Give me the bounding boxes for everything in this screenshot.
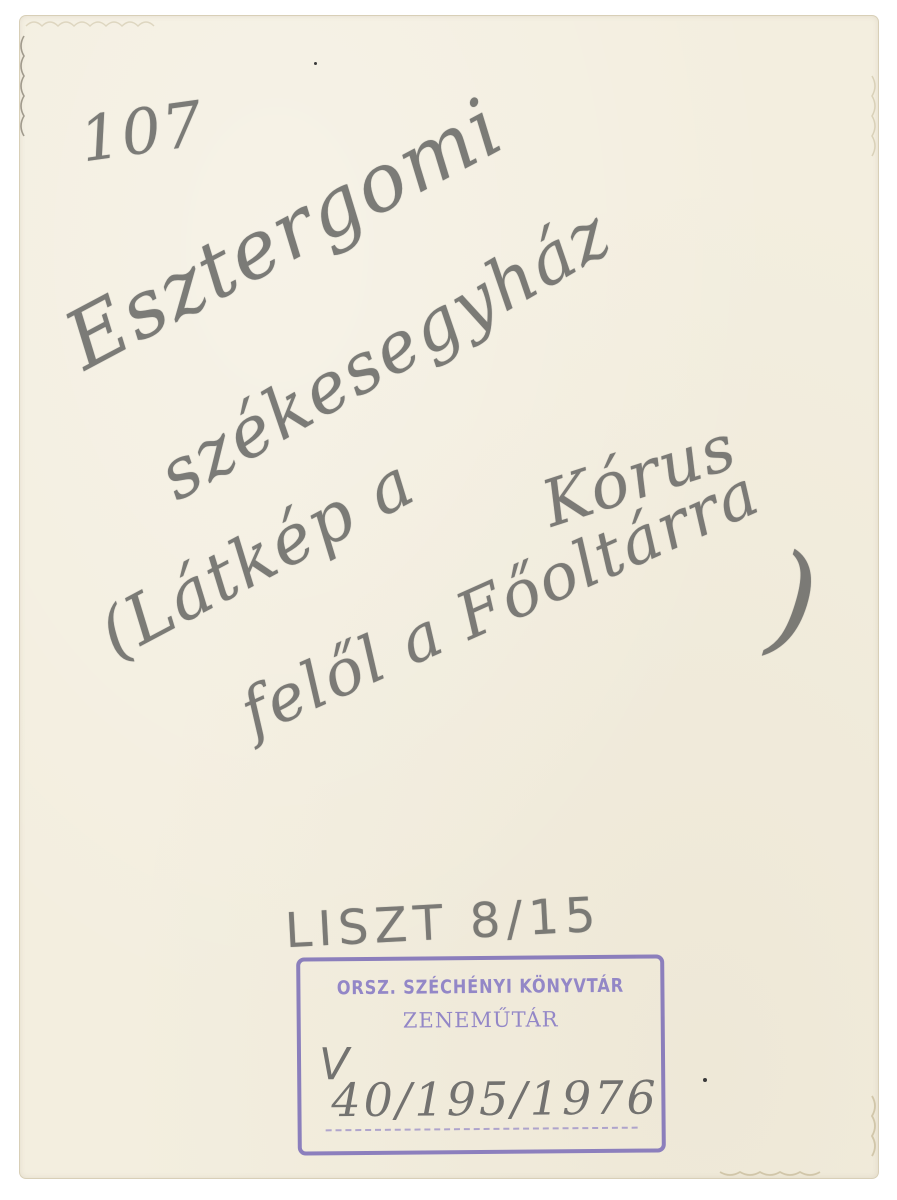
ink-speck (703, 1078, 707, 1082)
ink-speck (314, 62, 317, 65)
stamp-accession-number: 40/195/1976 (331, 1070, 659, 1127)
stamp-department: ZENEMŰTÁR (301, 1006, 661, 1033)
library-stamp: ORSZ. SZÉCHÉNYI KÖNYVTÁR ZENEMŰTÁR V 40/… (296, 954, 666, 1155)
stamp-institution: ORSZ. SZÉCHÉNYI KÖNYVTÁR (327, 975, 633, 1000)
stamp-dashed-line (326, 1127, 638, 1132)
